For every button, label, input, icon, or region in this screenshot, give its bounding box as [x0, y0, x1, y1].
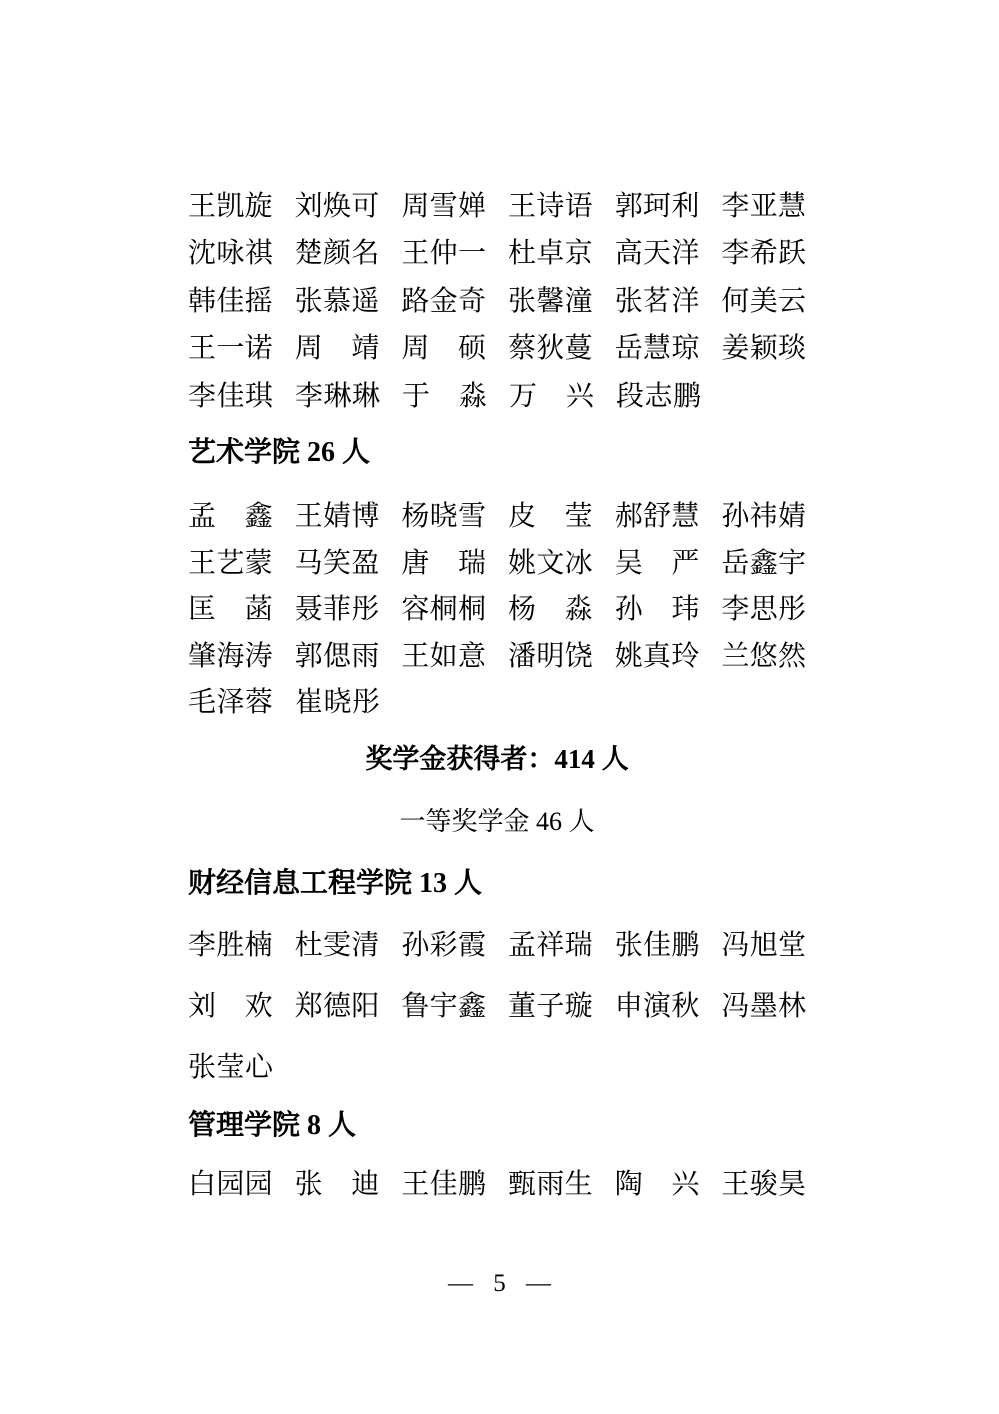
name-character: 鑫	[245, 494, 273, 534]
name-character: 慕	[323, 279, 351, 319]
name-character: 张	[615, 279, 643, 319]
name-character: 琳	[323, 374, 351, 414]
name-character: 博	[351, 494, 379, 534]
person-name: 杜雯清	[295, 923, 380, 963]
name-character: 艺	[216, 541, 244, 581]
name-character: 雪	[458, 494, 486, 534]
name-character: 唐	[401, 541, 429, 581]
name-character: 李	[721, 231, 749, 271]
name-character: 何	[721, 279, 749, 319]
name-character: 容	[401, 587, 429, 627]
name-character: 阳	[351, 984, 379, 1024]
name-character: 生	[565, 1162, 593, 1202]
person-name: 万兴	[509, 374, 594, 414]
name-character: 金	[430, 279, 458, 319]
name-character: 洋	[671, 231, 699, 271]
name-character: 万	[509, 374, 537, 414]
person-name: 杨晓雪	[401, 494, 486, 534]
name-character: 晓	[430, 494, 458, 534]
name-character: 狄	[536, 326, 564, 366]
person-name: 王骏昊	[721, 1162, 806, 1202]
name-character: 韩	[188, 279, 216, 319]
name-character: 姜	[721, 326, 749, 366]
name-character: 佳	[216, 374, 244, 414]
name-character: 霞	[458, 923, 486, 963]
name-character: 杜	[508, 231, 536, 271]
name-character: 悠	[750, 634, 778, 674]
name-character: 白	[188, 1162, 216, 1202]
person-name: 李亚慧	[721, 184, 806, 224]
person-name: 孟鑫	[188, 494, 273, 534]
name-character: 彩	[430, 923, 458, 963]
name-character: 德	[323, 984, 351, 1024]
person-name: 姜颖琰	[721, 326, 806, 366]
person-name: 王艺蒙	[188, 541, 273, 581]
name-character: 奇	[458, 279, 486, 319]
name-character: 孟	[188, 494, 216, 534]
name-character: 聂	[295, 587, 323, 627]
section-header-finance-college: 财经信息工程学院 13 人	[188, 857, 806, 905]
name-character: 莹	[216, 1045, 244, 1085]
name-character: 王	[188, 184, 216, 224]
name-row: 王一诺周靖周硕蔡狄蔓岳慧琼姜颖琰	[188, 323, 806, 371]
person-name: 何美云	[721, 279, 806, 319]
person-name: 于淼	[402, 374, 487, 414]
name-character: 卓	[536, 231, 564, 271]
names-block-art-college: 孟鑫王婧博杨晓雪皮莹郝舒慧孙祎婧王艺蒙马笑盈唐瑞姚文冰吴严岳鑫宇匡菡聂菲彤容桐桐…	[188, 491, 806, 724]
name-character: 旭	[750, 923, 778, 963]
name-character: 皮	[508, 494, 536, 534]
section-header-art-college: 艺术学院 26 人	[188, 426, 806, 474]
name-row: 李佳琪李琳琳于淼万兴段志鹏	[188, 370, 806, 418]
name-character: 楚	[295, 231, 323, 271]
name-character: 祎	[750, 494, 778, 534]
name-character: 王	[401, 231, 429, 271]
name-character: 毛	[188, 680, 216, 720]
name-row: 刘欢郑德阳鲁宇鑫董子璇申演秋冯墨林	[188, 973, 806, 1034]
name-character: 婵	[458, 184, 486, 224]
name-character: 诗	[536, 184, 564, 224]
name-character: 王	[401, 634, 429, 674]
name-character: 冰	[565, 541, 593, 581]
person-name: 皮莹	[508, 494, 593, 534]
name-character: 祥	[536, 923, 564, 963]
name-character: 一	[216, 326, 244, 366]
name-character: 硕	[458, 326, 486, 366]
name-character: 瑞	[565, 923, 593, 963]
person-name: 周靖	[295, 326, 380, 366]
name-character: 洋	[671, 279, 699, 319]
name-character: 真	[643, 634, 671, 674]
name-character: 旋	[245, 184, 273, 224]
name-character: 云	[778, 279, 806, 319]
name-character: 鹏	[458, 1162, 486, 1202]
name-character: 蔡	[508, 326, 536, 366]
name-character: 陶	[615, 1162, 643, 1202]
names-block-management-college: 白园园张迪王佳鹏甄雨生陶兴王骏昊	[188, 1151, 806, 1212]
name-row: 李胜楠杜雯清孙彩霞孟祥瑞张佳鹏冯旭堂	[188, 912, 806, 973]
person-name: 郝舒慧	[615, 494, 700, 534]
name-character: 利	[671, 184, 699, 224]
name-character: 璇	[565, 984, 593, 1024]
name-character: 潘	[508, 634, 536, 674]
person-name: 周硕	[401, 326, 486, 366]
person-name: 姚文冰	[508, 541, 593, 581]
name-character: 慧	[778, 184, 806, 224]
name-row: 白园园张迪王佳鹏甄雨生陶兴王骏昊	[188, 1151, 806, 1212]
person-name: 王如意	[401, 634, 486, 674]
name-character: 杨	[508, 587, 536, 627]
person-name: 沈咏祺	[188, 231, 273, 271]
name-row: 韩佳摇张慕遥路金奇张馨潼张茗洋何美云	[188, 275, 806, 323]
name-character: 咏	[216, 231, 244, 271]
name-character: 心	[245, 1045, 273, 1085]
person-name: 郭偲雨	[295, 634, 380, 674]
name-character: 楠	[245, 923, 273, 963]
name-character: 焕	[323, 184, 351, 224]
name-character: 希	[750, 231, 778, 271]
name-character: 跃	[778, 231, 806, 271]
name-character: 饶	[565, 634, 593, 674]
name-row: 张莹心	[188, 1034, 806, 1095]
name-character: 意	[458, 634, 486, 674]
name-character: 佳	[430, 1162, 458, 1202]
name-character: 沈	[188, 231, 216, 271]
name-character: 桐	[458, 587, 486, 627]
person-name: 鲁宇鑫	[401, 984, 486, 1024]
name-character: 涛	[245, 634, 273, 674]
name-character: 玮	[671, 587, 699, 627]
name-character: 舒	[643, 494, 671, 534]
person-name: 孙祎婧	[721, 494, 806, 534]
name-character: 清	[351, 923, 379, 963]
name-character: 海	[216, 634, 244, 674]
name-character: 李	[721, 184, 749, 224]
person-name: 郭珂利	[615, 184, 700, 224]
person-name: 吴严	[615, 541, 700, 581]
name-character: 王	[295, 494, 323, 534]
name-character: 张	[615, 923, 643, 963]
person-name: 聂菲彤	[295, 587, 380, 627]
name-character: 岳	[721, 541, 749, 581]
person-name: 李思彤	[721, 587, 806, 627]
name-character: 琳	[352, 374, 380, 414]
name-character: 张	[295, 279, 323, 319]
name-character: 志	[644, 374, 672, 414]
name-character: 雨	[351, 634, 379, 674]
name-character: 可	[351, 184, 379, 224]
name-character: 秋	[671, 984, 699, 1024]
name-character: 董	[508, 984, 536, 1024]
person-name: 马笑盈	[295, 541, 380, 581]
person-name: 匡菡	[188, 587, 273, 627]
person-name: 张慕遥	[295, 279, 380, 319]
scholarship-total-heading: 奖学金获得者：414 人	[188, 736, 806, 784]
person-name: 孟祥瑞	[508, 923, 593, 963]
name-row: 毛泽蓉崔晓彤	[188, 677, 806, 724]
person-name: 潘明饶	[508, 634, 593, 674]
name-character: 刘	[188, 984, 216, 1024]
person-name: 肇海涛	[188, 634, 273, 674]
name-character: 鹏	[673, 374, 701, 414]
name-character: 鑫	[750, 541, 778, 581]
name-character: 迪	[351, 1162, 379, 1202]
name-character: 吴	[615, 541, 643, 581]
name-character: 孟	[508, 923, 536, 963]
name-character: 王	[721, 1162, 749, 1202]
name-character: 明	[536, 634, 564, 674]
person-name: 王诗语	[508, 184, 593, 224]
person-name: 毛泽蓉	[188, 680, 273, 720]
name-character: 郭	[295, 634, 323, 674]
name-character: 周	[401, 184, 429, 224]
person-name: 张佳鹏	[615, 923, 700, 963]
person-name: 唐瑞	[401, 541, 486, 581]
name-character: 淼	[565, 587, 593, 627]
name-character: 鲁	[401, 984, 429, 1024]
name-character: 彤	[351, 587, 379, 627]
name-character: 淼	[459, 374, 487, 414]
name-character: 瑞	[458, 541, 486, 581]
name-character: 琰	[778, 326, 806, 366]
name-character: 姚	[508, 541, 536, 581]
person-name: 高天洋	[615, 231, 700, 271]
name-character: 王	[188, 541, 216, 581]
name-character: 冯	[721, 923, 749, 963]
person-name: 王婧博	[295, 494, 380, 534]
name-character: 京	[565, 231, 593, 271]
person-name: 王一诺	[188, 326, 273, 366]
name-character: 岳	[615, 326, 643, 366]
name-character: 颖	[750, 326, 778, 366]
name-character: 刘	[295, 184, 323, 224]
name-character: 如	[430, 634, 458, 674]
document-page: 王凯旋刘焕可周雪婵王诗语郭珂利李亚慧沈咏祺楚颜名王仲一杜卓京高天洋李希跃韩佳摇张…	[0, 0, 999, 1414]
name-character: 王	[401, 1162, 429, 1202]
name-character: 园	[245, 1162, 273, 1202]
name-character: 肇	[188, 634, 216, 674]
name-character: 堂	[778, 923, 806, 963]
name-character: 园	[216, 1162, 244, 1202]
person-name: 岳鑫宇	[721, 541, 806, 581]
name-character: 慧	[643, 326, 671, 366]
name-character: 郑	[295, 984, 323, 1024]
name-character: 王	[188, 326, 216, 366]
name-character: 子	[536, 984, 564, 1024]
person-name: 刘焕可	[295, 184, 380, 224]
name-row: 沈咏祺楚颜名王仲一杜卓京高天洋李希跃	[188, 228, 806, 276]
name-character: 雯	[323, 923, 351, 963]
name-character: 鹏	[671, 923, 699, 963]
name-character: 张	[295, 1162, 323, 1202]
name-character: 摇	[245, 279, 273, 319]
person-name: 张茗洋	[615, 279, 700, 319]
name-character: 佳	[216, 279, 244, 319]
name-row: 王艺蒙马笑盈唐瑞姚文冰吴严岳鑫宇	[188, 538, 806, 585]
name-character: 笑	[323, 541, 351, 581]
person-name: 李琳琳	[295, 374, 380, 414]
name-character: 申	[615, 984, 643, 1024]
name-character: 张	[508, 279, 536, 319]
name-character: 周	[295, 326, 323, 366]
person-name: 孙玮	[615, 587, 700, 627]
name-character: 路	[401, 279, 429, 319]
person-name: 甄雨生	[508, 1162, 593, 1202]
name-character: 李	[188, 923, 216, 963]
name-character: 李	[295, 374, 323, 414]
name-character: 演	[643, 984, 671, 1024]
name-character: 遥	[351, 279, 379, 319]
name-character: 然	[778, 634, 806, 674]
name-character: 琪	[245, 374, 273, 414]
person-name: 容桐桐	[401, 587, 486, 627]
first-class-scholarship-heading: 一等奖学金 46 人	[188, 798, 806, 846]
person-name: 楚颜名	[295, 231, 380, 271]
section-header-management-college: 管理学院 8 人	[188, 1099, 806, 1147]
name-character: 彤	[778, 587, 806, 627]
person-name: 段志鹏	[616, 374, 701, 414]
name-character: 孙	[721, 494, 749, 534]
name-character: 桐	[430, 587, 458, 627]
name-character: 盈	[351, 541, 379, 581]
person-name: 韩佳摇	[188, 279, 273, 319]
name-character: 泽	[216, 680, 244, 720]
person-name: 陶兴	[615, 1162, 700, 1202]
person-name: 张莹心	[188, 1045, 273, 1085]
person-name: 岳慧琼	[615, 326, 700, 366]
name-character: 崔	[295, 680, 323, 720]
name-character: 诺	[245, 326, 273, 366]
name-character: 欢	[245, 984, 273, 1024]
name-character: 高	[615, 231, 643, 271]
person-name: 杨淼	[508, 587, 593, 627]
name-character: 美	[750, 279, 778, 319]
name-character: 孙	[615, 587, 643, 627]
name-character: 王	[508, 184, 536, 224]
name-character: 菡	[245, 587, 273, 627]
person-name: 李希跃	[721, 231, 806, 271]
person-name: 李胜楠	[188, 923, 273, 963]
person-name: 姚真玲	[615, 634, 700, 674]
person-name: 张迪	[295, 1162, 380, 1202]
name-character: 甄	[508, 1162, 536, 1202]
person-name: 郑德阳	[295, 984, 380, 1024]
name-character: 偲	[323, 634, 351, 674]
name-character: 马	[295, 541, 323, 581]
name-character: 李	[721, 587, 749, 627]
name-character: 林	[778, 984, 806, 1024]
name-character: 珂	[643, 184, 671, 224]
name-character: 张	[188, 1045, 216, 1085]
name-character: 雪	[430, 184, 458, 224]
person-name: 王凯旋	[188, 184, 273, 224]
name-character: 昊	[778, 1162, 806, 1202]
name-character: 菲	[323, 587, 351, 627]
name-character: 语	[565, 184, 593, 224]
name-character: 琼	[671, 326, 699, 366]
name-character: 慧	[671, 494, 699, 534]
person-name: 刘欢	[188, 984, 273, 1024]
name-character: 杨	[401, 494, 429, 534]
person-name: 张馨潼	[508, 279, 593, 319]
name-character: 蓉	[245, 680, 273, 720]
name-character: 胜	[216, 923, 244, 963]
name-character: 莹	[565, 494, 593, 534]
name-character: 周	[401, 326, 429, 366]
names-block-continued: 王凯旋刘焕可周雪婵王诗语郭珂利李亚慧沈咏祺楚颜名王仲一杜卓京高天洋李希跃韩佳摇张…	[188, 180, 806, 418]
name-character: 李	[188, 374, 216, 414]
name-character: 婧	[323, 494, 351, 534]
name-character: 蒙	[245, 541, 273, 581]
name-character: 茗	[643, 279, 671, 319]
name-character: 靖	[351, 326, 379, 366]
name-row: 孟鑫王婧博杨晓雪皮莹郝舒慧孙祎婧	[188, 491, 806, 538]
name-character: 仲	[430, 231, 458, 271]
name-character: 亚	[750, 184, 778, 224]
person-name: 孙彩霞	[401, 923, 486, 963]
name-character: 骏	[750, 1162, 778, 1202]
name-character: 馨	[536, 279, 564, 319]
name-character: 宇	[778, 541, 806, 581]
names-block-finance-college: 李胜楠杜雯清孙彩霞孟祥瑞张佳鹏冯旭堂刘欢郑德阳鲁宇鑫董子璇申演秋冯墨林张莹心	[188, 912, 806, 1095]
person-name: 申演秋	[615, 984, 700, 1024]
name-character: 郭	[615, 184, 643, 224]
person-name: 王佳鹏	[401, 1162, 486, 1202]
name-character: 于	[402, 374, 430, 414]
name-character: 一	[458, 231, 486, 271]
person-name: 冯旭堂	[721, 923, 806, 963]
name-character: 鑫	[458, 984, 486, 1024]
person-name: 崔晓彤	[295, 680, 380, 720]
name-character: 潼	[565, 279, 593, 319]
name-character: 孙	[401, 923, 429, 963]
name-character: 思	[750, 587, 778, 627]
name-character: 凯	[216, 184, 244, 224]
page-number: — 5 —	[0, 1260, 999, 1308]
name-row: 王凯旋刘焕可周雪婵王诗语郭珂利李亚慧	[188, 180, 806, 228]
name-character: 宇	[430, 984, 458, 1024]
name-character: 文	[536, 541, 564, 581]
name-row: 肇海涛郭偲雨王如意潘明饶姚真玲兰悠然	[188, 631, 806, 678]
name-character: 蔓	[565, 326, 593, 366]
name-character: 雨	[536, 1162, 564, 1202]
person-name: 路金奇	[401, 279, 486, 319]
name-character: 段	[616, 374, 644, 414]
name-character: 祺	[245, 231, 273, 271]
person-name: 李佳琪	[188, 374, 273, 414]
person-name: 兰悠然	[721, 634, 806, 674]
name-row: 匡菡聂菲彤容桐桐杨淼孙玮李思彤	[188, 584, 806, 631]
name-character: 名	[351, 231, 379, 271]
person-name: 董子璇	[508, 984, 593, 1024]
person-name: 周雪婵	[401, 184, 486, 224]
name-character: 严	[671, 541, 699, 581]
name-character: 颜	[323, 231, 351, 271]
person-name: 白园园	[188, 1162, 273, 1202]
person-name: 蔡狄蔓	[508, 326, 593, 366]
person-name: 冯墨林	[721, 984, 806, 1024]
name-character: 匡	[188, 587, 216, 627]
name-character: 姚	[615, 634, 643, 674]
name-character: 兰	[721, 634, 749, 674]
person-name: 王仲一	[401, 231, 486, 271]
name-character: 佳	[643, 923, 671, 963]
name-character: 郝	[615, 494, 643, 534]
name-character: 天	[643, 231, 671, 271]
name-character: 兴	[671, 1162, 699, 1202]
person-name: 杜卓京	[508, 231, 593, 271]
name-character: 彤	[352, 680, 380, 720]
